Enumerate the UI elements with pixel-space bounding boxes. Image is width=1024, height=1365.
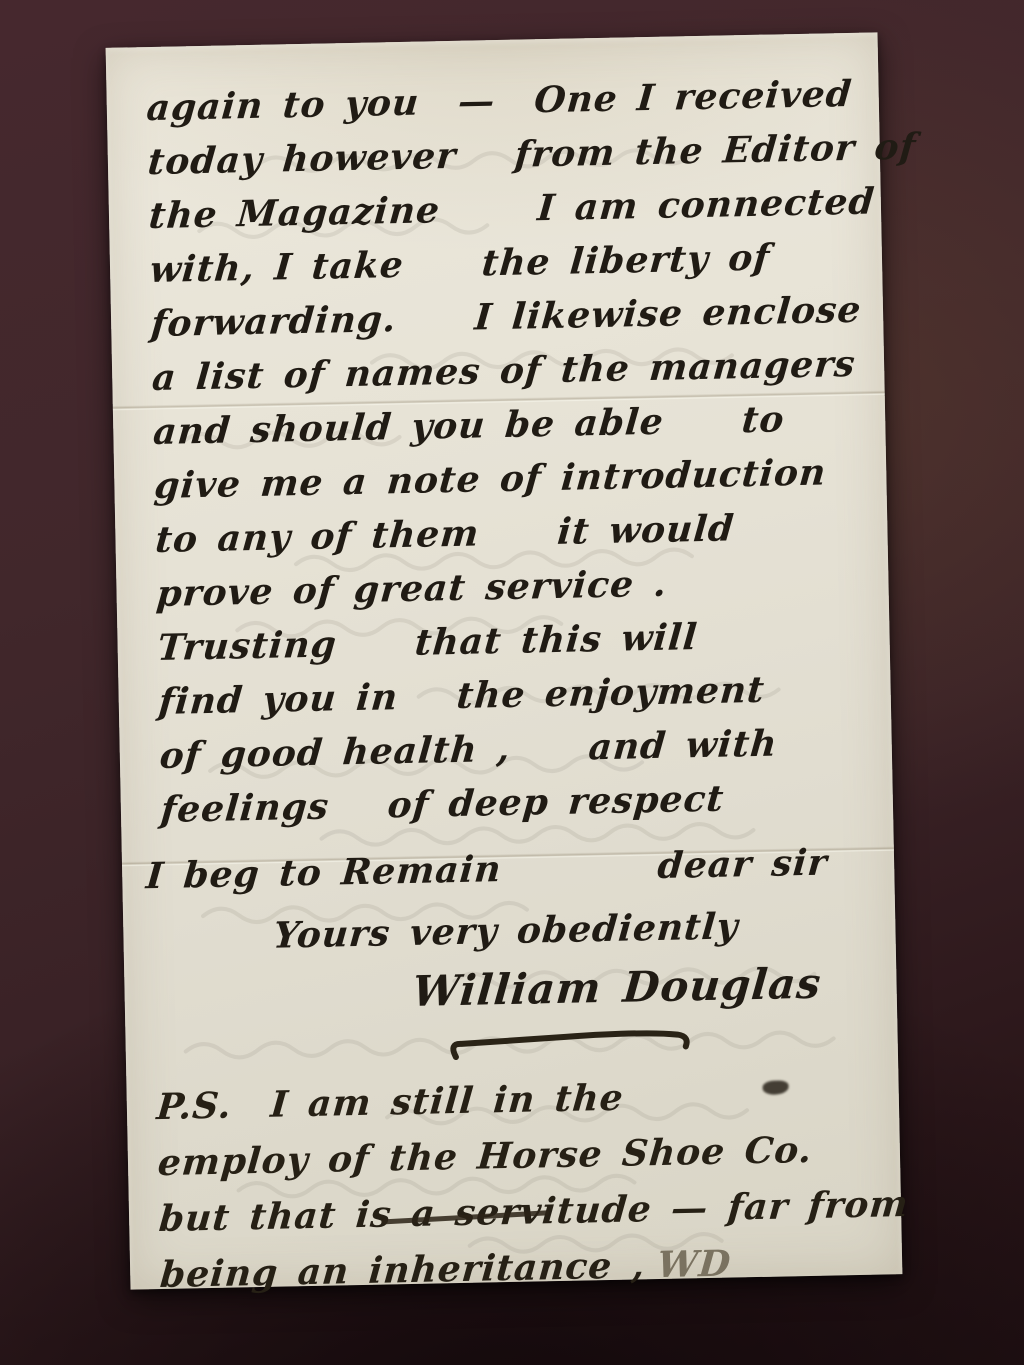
postscript: P.S. I am still in the employ of the Hor…	[156, 1064, 890, 1303]
letter-paper: again to you — One I received today howe…	[106, 32, 903, 1289]
letter-body: again to you — One I received today howe…	[146, 67, 881, 837]
signature: William Douglas	[410, 956, 823, 1020]
signature-underline-flourish	[445, 1026, 696, 1065]
postscript-initials: WD	[644, 1243, 733, 1287]
closing-line: Yours very obediently	[271, 899, 740, 962]
photo-backdrop: again to you — One I received today howe…	[0, 0, 1024, 1365]
postscript-line-text: being an inheritance ,	[158, 1244, 647, 1296]
